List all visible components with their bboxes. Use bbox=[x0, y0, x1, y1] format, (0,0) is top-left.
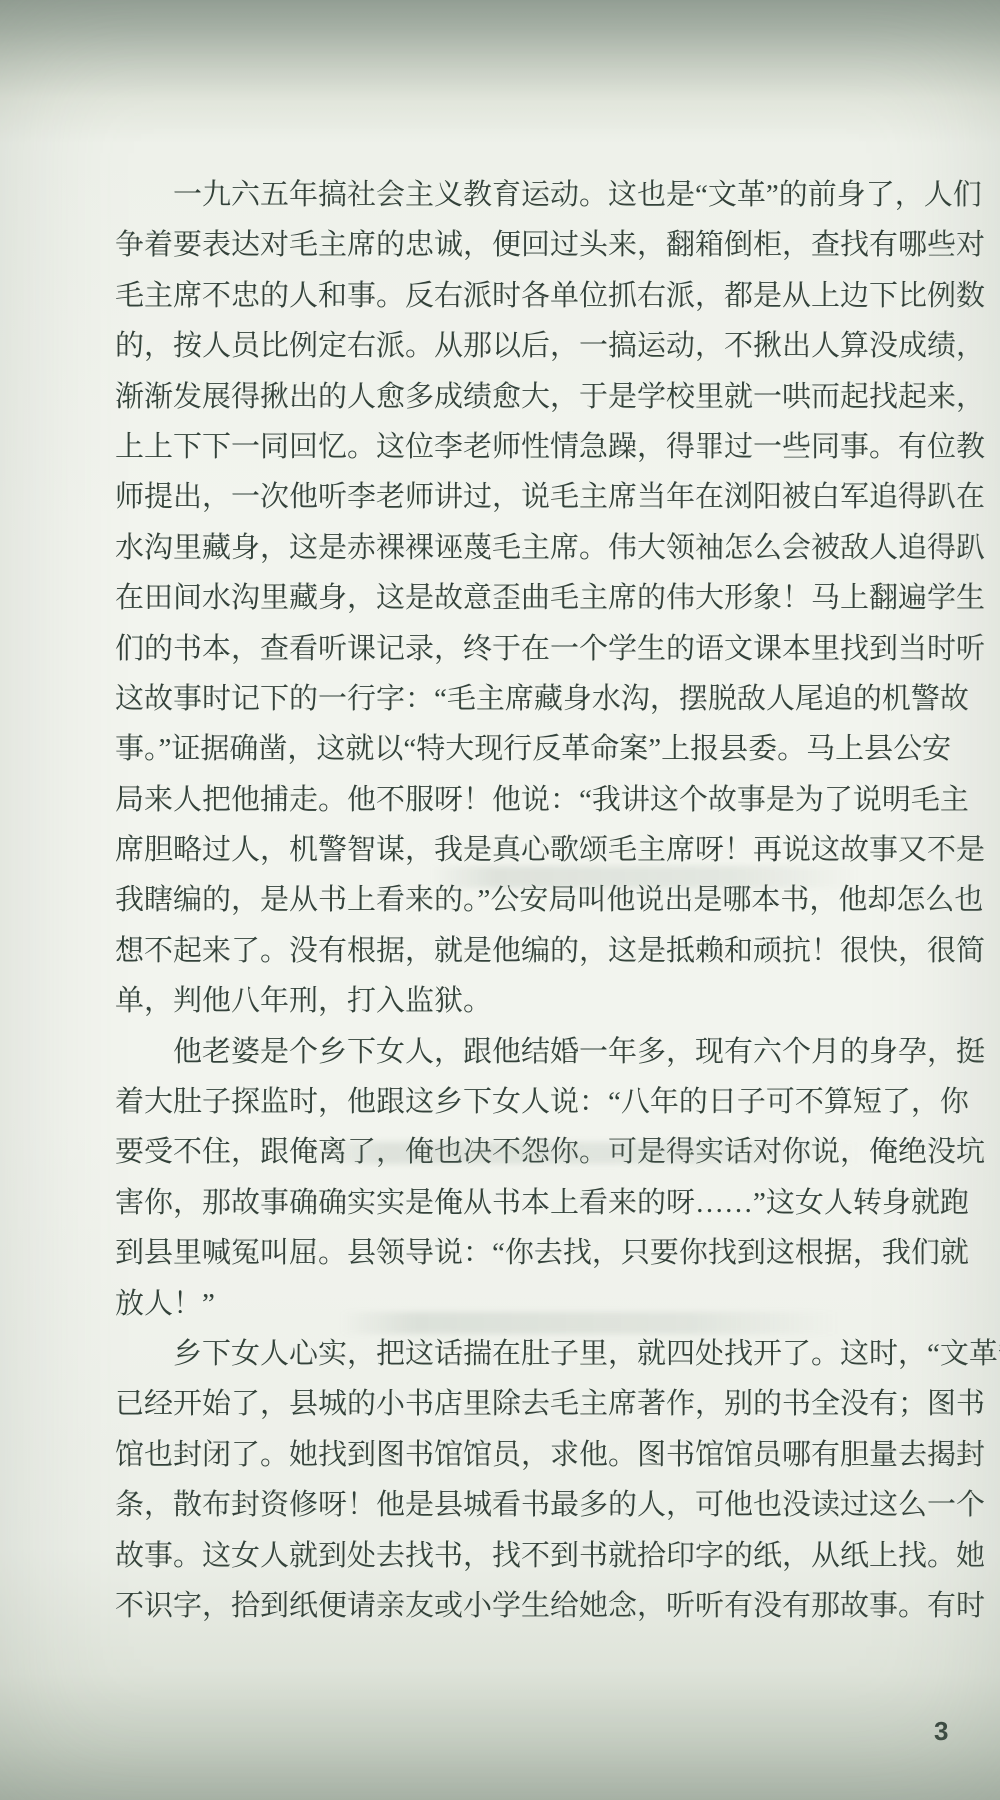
text-line: 故事。这女人就到处去找书，找不到书就拾印字的纸，从纸上找。她 bbox=[115, 1531, 863, 1581]
ink-bleedthrough bbox=[430, 866, 860, 888]
book-page-scan: 一九六五年搞社会主义教育运动。这也是“文革”的前身了，人们争着要表达对毛主席的忠… bbox=[0, 0, 1000, 1800]
text-block: 一九六五年搞社会主义教育运动。这也是“文革”的前身了，人们争着要表达对毛主席的忠… bbox=[115, 170, 863, 1631]
text-line: 乡下女人心实，把这话揣在肚子里，就四处找开了。这时，“文革” bbox=[115, 1329, 863, 1379]
text-line: 事。”证据确凿，这就以“特大现行反革命案”上报县委。马上县公安 bbox=[115, 724, 863, 774]
text-line: 馆也封闭了。她找到图书馆馆员，求他。图书馆馆员哪有胆量去揭封 bbox=[115, 1430, 863, 1480]
text-line: 着大肚子探监时，他跟这乡下女人说：“八年的日子可不算短了，你 bbox=[115, 1077, 863, 1127]
text-line: 单，判他八年刑，打入监狱。 bbox=[115, 976, 863, 1026]
text-line: 上上下下一同回忆。这位李老师性情急躁，得罪过一些同事。有位教 bbox=[115, 422, 863, 472]
text-line: 在田间水沟里藏身，这是故意歪曲毛主席的伟大形象！马上翻遍学生 bbox=[115, 573, 863, 623]
text-line: 一九六五年搞社会主义教育运动。这也是“文革”的前身了，人们 bbox=[115, 170, 863, 220]
ink-bleedthrough bbox=[340, 1312, 840, 1334]
text-line: 不识字，拾到纸便请亲友或小学生给她念，听听有没有那故事。有时 bbox=[115, 1581, 863, 1631]
text-line: 渐渐发展得揪出的人愈多成绩愈大，于是学校里就一哄而起找起来， bbox=[115, 372, 863, 422]
ink-bleedthrough bbox=[300, 1142, 860, 1164]
text-line: 条，散布封资修呀！他是县城看书最多的人，可他也没读过这么一个 bbox=[115, 1480, 863, 1530]
text-line: 水沟里藏身，这是赤裸裸诬蔑毛主席。伟大领袖怎么会被敌人追得趴 bbox=[115, 523, 863, 573]
page-number: 3 bbox=[934, 1716, 948, 1747]
text-line: 们的书本，查看听课记录，终于在一个学生的语文课本里找到当时听 bbox=[115, 624, 863, 674]
text-line: 已经开始了，县城的小书店里除去毛主席著作，别的书全没有；图书 bbox=[115, 1379, 863, 1429]
text-line: 的，按人员比例定右派。从那以后，一搞运动，不揪出人算没成绩， bbox=[115, 321, 863, 371]
text-line: 想不起来了。没有根据，就是他编的，这是抵赖和顽抗！很快，很简 bbox=[115, 926, 863, 976]
text-line: 局来人把他捕走。他不服呀！他说：“我讲这个故事是为了说明毛主 bbox=[115, 775, 863, 825]
text-line: 这故事时记下的一行字：“毛主席藏身水沟，摆脱敌人尾追的机警故 bbox=[115, 674, 863, 724]
text-line: 师提出，一次他听李老师讲过，说毛主席当年在浏阳被白军追得趴在 bbox=[115, 472, 863, 522]
text-line: 他老婆是个乡下女人，跟他结婚一年多，现有六个月的身孕，挺 bbox=[115, 1027, 863, 1077]
text-line: 害你，那故事确确实实是俺从书本上看来的呀……”这女人转身就跑 bbox=[115, 1178, 863, 1228]
text-line: 争着要表达对毛主席的忠诚，便回过头来，翻箱倒柜，查找有哪些对 bbox=[115, 220, 863, 270]
text-line: 到县里喊冤叫屈。县领导说：“你去找，只要你找到这根据，我们就 bbox=[115, 1228, 863, 1278]
text-line: 毛主席不忠的人和事。反右派时各单位抓右派，都是从上边下比例数 bbox=[115, 271, 863, 321]
